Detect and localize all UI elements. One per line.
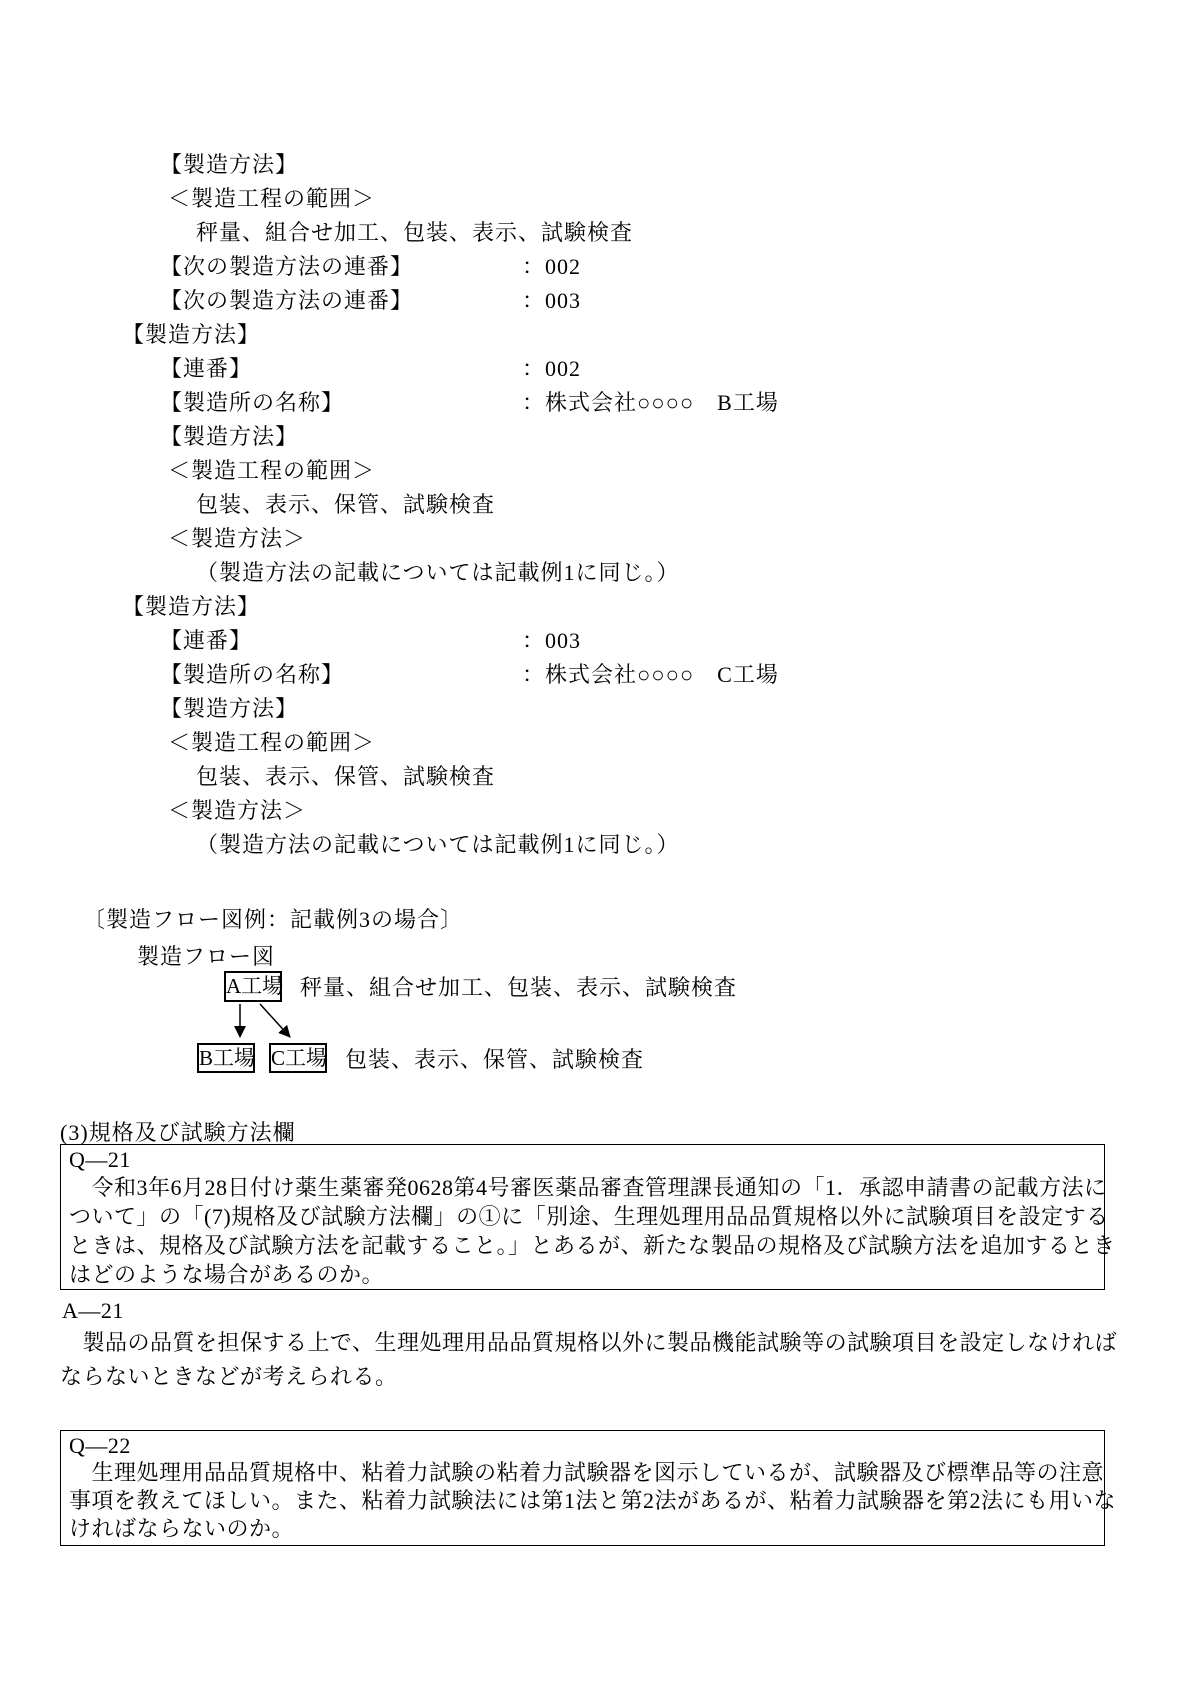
form-line: ＜製造工程の範囲＞	[0, 726, 1181, 760]
form-field-label: 【製造方法】	[160, 696, 298, 721]
form-line: 包装、表示、保管、試験検査	[0, 760, 1181, 794]
flow-diagram-title: 製造フロー図	[137, 943, 275, 971]
a21-text: 製品の品質を担保する上で、生理処理用品品質規格以外に製品機能試験等の試験項目を設…	[60, 1326, 1117, 1394]
q21-box: Q—21 令和3年6月28日付け薬生薬審発0628第4号審医薬品審査管理課長通知…	[60, 1144, 1105, 1290]
q22-text-line: 生理処理用品品質規格中、粘着力試験の粘着力試験器を図示しているが、試験器及び標準…	[69, 1459, 1096, 1487]
form-field-label: 包装、表示、保管、試験検査	[196, 764, 495, 789]
form-line: （製造方法の記載については記載例1に同じ。）	[0, 556, 1181, 590]
form-field-label: 【連番】	[160, 356, 252, 381]
q22-box: Q—22 生理処理用品品質規格中、粘着力試験の粘着力試験器を図示しているが、試験…	[60, 1430, 1105, 1546]
q21-text-line: はどのような場合があるのか。	[69, 1260, 1096, 1289]
form-field-label: 【連番】	[160, 628, 252, 653]
form-line: 【製造方法】	[0, 420, 1181, 454]
document-page: 【製造方法】 ＜製造工程の範囲＞ 秤量、組合せ加工、包装、表示、試験検査 【次の…	[0, 0, 1181, 1695]
q22-text-line: 事項を教えてほしい。また、粘着力試験法には第1法と第2法があるが、粘着力試験器を…	[69, 1487, 1096, 1515]
form-field-label: ＜製造方法＞	[168, 798, 306, 823]
form-line: 【製造所の名称】：株式会社○○○○ B工場	[0, 386, 1181, 420]
q21-id: Q—21	[69, 1147, 1096, 1173]
form-field-value: ：株式会社○○○○ B工場	[522, 386, 779, 420]
form-field-label: 秤量、組合せ加工、包装、表示、試験検査	[196, 220, 633, 245]
form-field-label: 【製造所の名称】	[160, 662, 344, 687]
form-line: 【製造方法】	[0, 318, 1181, 352]
form-field-value: ：003	[522, 284, 581, 318]
factory-a-node: A工場	[224, 971, 282, 1002]
arrow-a-to-c-icon	[260, 1004, 290, 1037]
form-field-label: ＜製造工程の範囲＞	[168, 730, 375, 755]
form-field-value: ：株式会社○○○○ C工場	[522, 658, 779, 692]
form-line: 【製造所の名称】：株式会社○○○○ C工場	[0, 658, 1181, 692]
factory-b-node: B工場	[197, 1043, 255, 1073]
form-field-label: 【次の製造方法の連番】	[160, 288, 413, 313]
form-line: 【連番】：002	[0, 352, 1181, 386]
q22-text-line: ければならないのか。	[69, 1515, 1096, 1543]
form-field-label: 【製造方法】	[122, 322, 260, 347]
form-field-label: ＜製造工程の範囲＞	[168, 186, 375, 211]
a21-id: A—21	[62, 1298, 124, 1324]
form-line: ＜製造方法＞	[0, 794, 1181, 828]
form-field-value: ：002	[522, 250, 581, 284]
q21-text-line: ときは、規格及び試験方法を記載すること。」とあるが、新たな製品の規格及び試験方法…	[69, 1231, 1096, 1260]
form-field-label: （製造方法の記載については記載例1に同じ。）	[196, 832, 680, 857]
form-line: （製造方法の記載については記載例1に同じ。）	[0, 828, 1181, 862]
form-line: 【連番】：003	[0, 624, 1181, 658]
form-line: ＜製造方法＞	[0, 522, 1181, 556]
q21-text-line: 令和3年6月28日付け薬生薬審発0628第4号審医薬品審査管理課長通知の「1．承…	[69, 1173, 1096, 1202]
a21-text-line: 製品の品質を担保する上で、生理処理用品品質規格以外に製品機能試験等の試験項目を設…	[60, 1326, 1117, 1360]
form-line: 秤量、組合せ加工、包装、表示、試験検査	[0, 216, 1181, 250]
form-line: ＜製造工程の範囲＞	[0, 454, 1181, 488]
form-field-value: ：003	[522, 624, 581, 658]
form-line: 【製造方法】	[0, 148, 1181, 182]
factory-c-node: C工場	[269, 1043, 327, 1073]
form-field-label: 【次の製造方法の連番】	[160, 254, 413, 279]
form-field-label: 【製造方法】	[160, 424, 298, 449]
a21-text-line: ならないときなどが考えられる。	[60, 1360, 1117, 1394]
application-form-excerpt: 【製造方法】 ＜製造工程の範囲＞ 秤量、組合せ加工、包装、表示、試験検査 【次の…	[0, 148, 1181, 862]
form-line: 【次の製造方法の連番】：002	[0, 250, 1181, 284]
q22-id: Q—22	[69, 1433, 1096, 1459]
form-field-label: ＜製造工程の範囲＞	[168, 458, 375, 483]
factory-a-processes: 秤量、組合せ加工、包装、表示、試験検査	[300, 974, 737, 1002]
flow-arrows	[180, 1003, 340, 1045]
factory-bc-processes: 包装、表示、保管、試験検査	[345, 1046, 644, 1074]
form-field-label: 【製造方法】	[122, 594, 260, 619]
form-line: 【製造方法】	[0, 692, 1181, 726]
form-field-value: ：002	[522, 352, 581, 386]
form-field-label: 包装、表示、保管、試験検査	[196, 492, 495, 517]
form-line: 【次の製造方法の連番】：003	[0, 284, 1181, 318]
form-field-label: ＜製造方法＞	[168, 526, 306, 551]
form-line: 【製造方法】	[0, 590, 1181, 624]
form-line: ＜製造工程の範囲＞	[0, 182, 1181, 216]
flow-diagram-caption: 〔製造フロー図例：記載例3の場合〕	[83, 906, 463, 934]
form-field-label: （製造方法の記載については記載例1に同じ。）	[196, 560, 680, 585]
form-field-label: 【製造所の名称】	[160, 390, 344, 415]
section-heading: (3)規格及び試験方法欄	[60, 1119, 296, 1146]
q21-text-line: ついて」の「(7)規格及び試験方法欄」の①に「別途、生理処理用品品質規格以外に試…	[69, 1202, 1096, 1231]
form-field-label: 【製造方法】	[160, 152, 298, 177]
form-line: 包装、表示、保管、試験検査	[0, 488, 1181, 522]
